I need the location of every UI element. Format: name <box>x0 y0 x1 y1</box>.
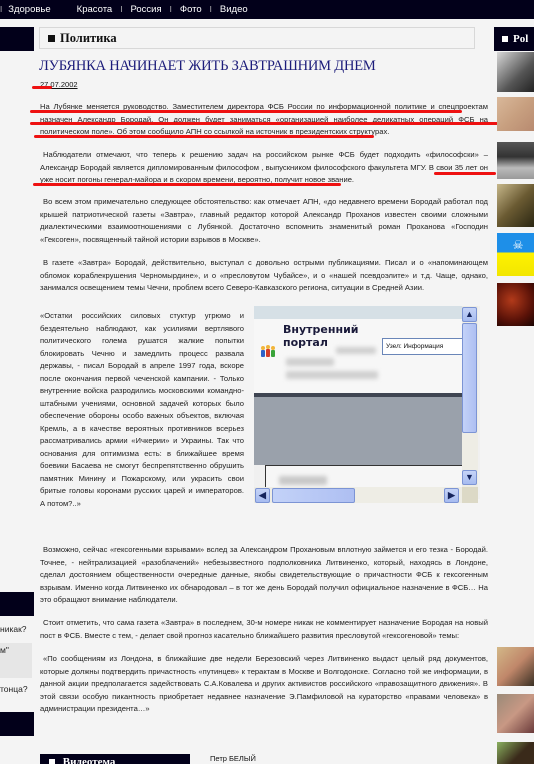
widget-header-strip <box>254 306 462 319</box>
article-paragraph: Наблюдатели отмечают, что теперь к решен… <box>40 149 488 187</box>
article-paragraph: В газете «Завтра» Бородай, действительно… <box>40 257 488 295</box>
author-name[interactable]: Петр БЕЛЫЙ <box>210 754 256 763</box>
article-paragraph: На Лубянке меняется руководство. Замести… <box>40 101 488 139</box>
video-section-header: Видеотема <box>40 754 190 764</box>
section-header: Политика <box>39 27 475 49</box>
left-sidebar-quote-text: м" <box>0 645 9 655</box>
left-sidebar-block <box>0 712 34 736</box>
article-paragraph: «По сообщениям из Лондона, в ближайшие д… <box>40 653 488 716</box>
article-paragraph: Возможно, сейчас «гексогенными взрывами»… <box>40 544 488 607</box>
widget-gray-area <box>254 397 462 465</box>
article-title: ЛУБЯНКА НАЧИНАЕТ ЖИТЬ ЗАВТРАШНИМ ДНЕМ <box>39 58 376 75</box>
left-sidebar-header <box>0 27 34 51</box>
article-paragraph: Стоит отметить, что сама газета «Завтра»… <box>40 617 488 642</box>
thumbnail-image[interactable] <box>497 184 534 227</box>
right-section-header: Pol <box>494 27 534 51</box>
scroll-up-button[interactable]: ▲ <box>462 307 477 322</box>
highlight-underline <box>434 172 496 175</box>
nav-item-health[interactable]: Здоровье <box>8 4 50 15</box>
left-sidebar-block <box>0 592 34 616</box>
nav-separator: I <box>210 5 212 14</box>
scrollbar-corner <box>462 487 478 503</box>
portal-title: Внутренний портал <box>283 323 353 349</box>
left-sidebar-link[interactable]: тонца? <box>0 684 28 694</box>
blurred-text <box>336 347 376 354</box>
thumbnail-image[interactable] <box>497 52 534 92</box>
nav-separator: I <box>170 5 172 14</box>
highlight-underline <box>32 86 52 89</box>
embedded-portal-screenshot: Внутренний портал Узел: Информация ▲ ▼ ◀… <box>254 306 480 499</box>
video-section-title: Видеотема <box>63 756 116 764</box>
section-title: Политика <box>60 31 117 46</box>
highlight-underline <box>33 183 341 186</box>
skull-icon: ☠ <box>512 236 524 254</box>
left-sidebar-link[interactable]: никак? <box>0 624 27 634</box>
highlight-underline <box>30 122 498 125</box>
thumbnail-image[interactable] <box>497 283 534 326</box>
nav-separator: I <box>0 5 2 14</box>
nav-item-video[interactable]: Видео <box>220 4 248 15</box>
square-bullet-icon <box>502 36 508 42</box>
right-section-title: Pol <box>513 33 528 45</box>
square-bullet-icon <box>48 35 55 42</box>
square-bullet-icon <box>49 759 55 764</box>
thumbnail-image[interactable] <box>497 97 534 131</box>
scroll-right-button[interactable]: ▶ <box>444 488 459 503</box>
thumbnail-image[interactable] <box>497 142 534 179</box>
nav-item-russia[interactable]: Россия <box>130 4 161 15</box>
nav-item-beauty[interactable]: Красота <box>77 4 113 15</box>
page: I Здоровье Красота I Россия I Фото I Вид… <box>0 0 534 764</box>
node-field[interactable]: Узел: Информация <box>382 338 464 355</box>
scroll-down-button[interactable]: ▼ <box>462 470 477 485</box>
nav-separator: I <box>120 5 122 14</box>
top-nav: I Здоровье Красота I Россия I Фото I Вид… <box>0 0 534 19</box>
vertical-scroll-thumb[interactable] <box>462 323 477 433</box>
blurred-text <box>286 371 378 379</box>
nav-item-photo[interactable]: Фото <box>180 4 202 15</box>
highlight-underline <box>34 135 374 138</box>
horizontal-scroll-thumb[interactable] <box>272 488 355 503</box>
horizontal-scrollbar[interactable]: ◀ ▶ <box>254 487 462 503</box>
article-paragraph: Во всем этом примечательно следующее обс… <box>40 196 488 246</box>
highlight-underline <box>30 110 462 113</box>
blurred-text <box>286 358 334 366</box>
thumbnail-image[interactable] <box>497 694 534 733</box>
scroll-left-button[interactable]: ◀ <box>255 488 270 503</box>
thumbnail-image[interactable] <box>497 742 534 764</box>
vertical-scrollbar[interactable]: ▲ ▼ <box>462 306 478 487</box>
article-quote: «Остатки российских силовых стуктур угрю… <box>40 310 244 510</box>
thumbnail-image[interactable] <box>497 647 534 686</box>
users-group-icon <box>260 343 276 359</box>
blurred-text <box>279 476 327 485</box>
